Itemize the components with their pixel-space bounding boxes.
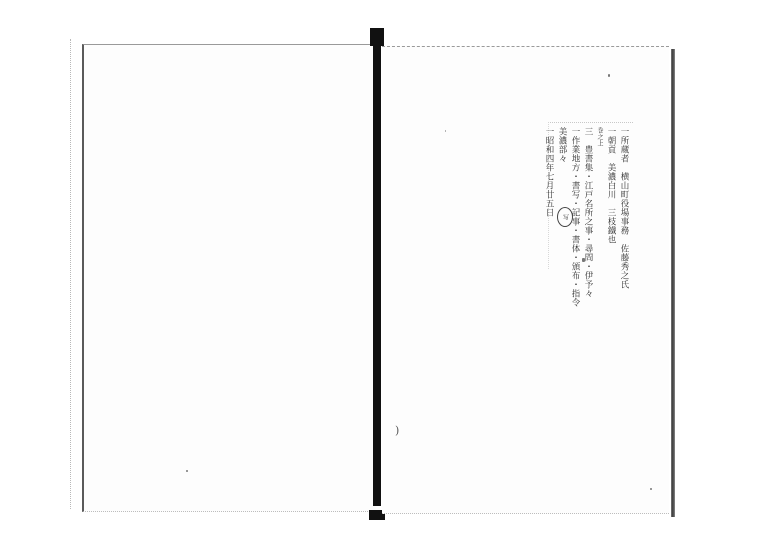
margin-mark: ) bbox=[395, 424, 399, 437]
handwritten-note: 一所蔵者 横山町役場事務 佐藤秀之氏 一朝貢 美濃白川 三枝鐵也 巻之上 三 豊… bbox=[548, 122, 633, 269]
seal-stamp: 写 bbox=[557, 207, 573, 227]
note-line-date: 一昭和四年七月廿五日 bbox=[543, 127, 554, 267]
note-line-title: 一朝貢 美濃白川 三枝鐵也 bbox=[605, 127, 616, 267]
note-line-owner: 一所蔵者 横山町役場事務 佐藤秀之氏 bbox=[618, 127, 629, 267]
note-line-volume: 巻之上 bbox=[595, 127, 603, 267]
speck bbox=[186, 470, 188, 472]
speck bbox=[445, 130, 446, 132]
right-page-edge bbox=[671, 49, 675, 517]
scanned-book-spread: 一所蔵者 横山町役場事務 佐藤秀之氏 一朝貢 美濃白川 三枝鐵也 巻之上 三 豊… bbox=[0, 0, 768, 544]
speck bbox=[650, 488, 652, 490]
note-columns: 一所蔵者 横山町役場事務 佐藤秀之氏 一朝貢 美濃白川 三枝鐵也 巻之上 三 豊… bbox=[543, 127, 629, 267]
left-page bbox=[82, 44, 376, 512]
speck bbox=[582, 258, 585, 262]
left-page-shadow-edge bbox=[70, 39, 72, 509]
binding-spine bbox=[373, 44, 381, 506]
note-line-sub: 美濃部々 bbox=[556, 127, 567, 267]
note-line-work: 一作業地方・書写・記事・書体・頒布・指令 bbox=[569, 127, 580, 267]
speck bbox=[608, 74, 610, 77]
note-line-contents: 三 豊書集・江戸名所之事・尋問・伊予々 bbox=[582, 127, 593, 267]
